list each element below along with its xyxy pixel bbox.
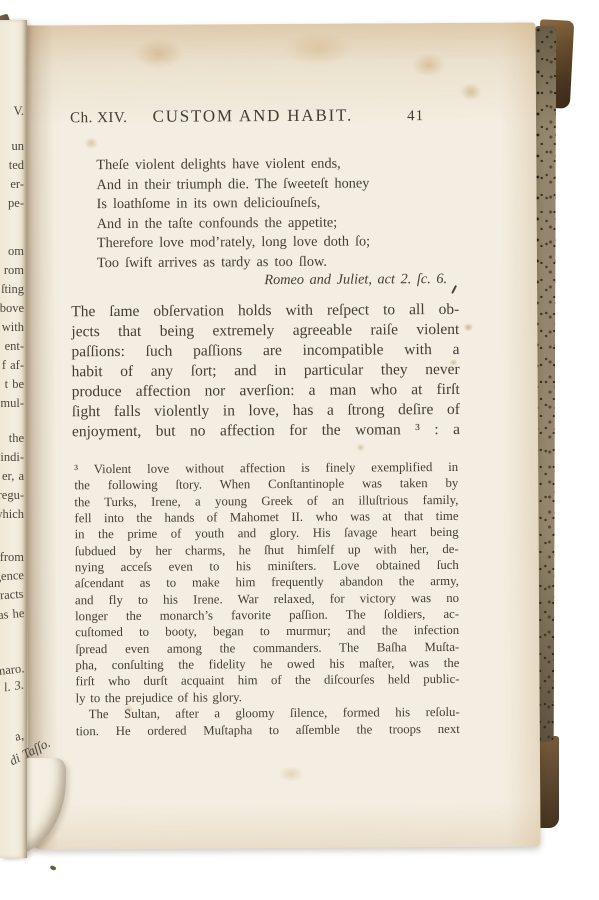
left-page-fragment: regu- <box>0 488 24 503</box>
verse-quotation: Theſe violent delights have violent ends… <box>96 154 453 274</box>
left-page-fragment: om <box>8 244 24 259</box>
left-page-fragment: indi- <box>0 450 24 465</box>
left-page-fragment: as he <box>0 606 25 623</box>
left-page-fragment: t be <box>5 377 24 392</box>
page-title: CUSTOM AND HABIT. <box>152 106 353 127</box>
left-page-fragment: and, l. 3. <box>0 677 25 699</box>
left-page-fragment: a, <box>14 728 26 745</box>
body-line: paſſions: ſuch paſſions are incompatible… <box>71 340 459 362</box>
body-line: habit of any ſort; and in particular the… <box>72 360 460 382</box>
left-page-fragment: mul- <box>0 396 24 411</box>
quote-attribution: Romeo and Juliet, act 2. ſc. 6. <box>71 271 447 290</box>
left-page-fragment: V. <box>13 104 24 119</box>
page-number: 41 <box>407 108 424 125</box>
left-page-fragment: ſting <box>1 282 24 297</box>
foxing-spot <box>463 323 473 332</box>
main-paragraph: The ſame obſervation holds with reſpect … <box>71 300 460 442</box>
left-page-fragment: which <box>0 507 24 522</box>
left-page-fragment: r from <box>0 550 24 565</box>
body-line: The ſame obſervation holds with reſpect … <box>71 300 459 322</box>
left-page-fragment: f af- <box>2 358 24 373</box>
body-line: enjoyment, but no affection for the woma… <box>72 420 460 442</box>
printed-text-block: Ch. XIV. CUSTOM AND HABIT. 41 Theſe viol… <box>69 23 462 849</box>
body-line: ſight falls violently in love, has a ſtr… <box>72 400 460 422</box>
left-page-fragment: un <box>12 139 25 154</box>
quote-line: And in the taſte confounds the appetite; <box>97 213 453 235</box>
left-page-fragment: the <box>9 431 24 446</box>
footnote-line: aſcendant as to make him frequently aban… <box>75 573 459 592</box>
footnote-line: in the prime of youth and glory. His ſav… <box>75 524 459 543</box>
debris-speck <box>49 865 56 871</box>
footnote-line: firſt who durſt acquaint him of the diſc… <box>75 671 459 690</box>
left-page-fragment: bove <box>0 301 24 316</box>
left-page-fragment: ent- <box>5 339 24 354</box>
left-page-fragment: er- <box>10 177 24 192</box>
book-page-recto: Ch. XIV. CUSTOM AND HABIT. 41 Theſe viol… <box>23 22 540 849</box>
footnote-line: cuſtomed to booty, began to murmur; and … <box>75 622 459 641</box>
left-page-fragment: rom <box>4 263 24 278</box>
quote-line: Is loathſome in its own deliciouſneſs, <box>97 193 453 215</box>
left-page-fragment: er, a <box>2 469 24 484</box>
foxing-spot <box>460 83 482 101</box>
left-page-fragment: ulgence <box>0 568 24 585</box>
previous-page-sliver: V. un ted er- pe- om rom ſting bove with… <box>0 20 27 858</box>
left-page-fragment: pe- <box>8 196 24 211</box>
body-line: produce affection nor averſion: a man wh… <box>72 380 460 402</box>
footnote-line: The Sultan, after a gloomy ſilence, form… <box>76 704 460 723</box>
left-page-fragment: ted <box>9 158 24 173</box>
chapter-label: Ch. XIV. <box>70 110 128 127</box>
left-page-fragment: ontracts <box>0 587 24 605</box>
footnote-line: the following ſtory. When Conſtantinople… <box>74 475 458 494</box>
body-line: jects that being extremely agreeable rai… <box>71 320 459 342</box>
quote-line: Therefore love mod’rately, long love dot… <box>97 232 453 254</box>
quote-line: And in their triumph die. The ſweeteſt h… <box>96 174 452 196</box>
left-page-fragment: with <box>2 320 24 335</box>
book-photograph: Ch. XIV. CUSTOM AND HABIT. 41 Theſe viol… <box>0 0 599 900</box>
footnote: ³ Violent love without affection is fine… <box>74 459 460 739</box>
gutter-shadow <box>23 25 58 849</box>
footnote-line: tion. He ordered Muſtapha to aſſemble th… <box>76 720 460 739</box>
running-head: Ch. XIV. CUSTOM AND HABIT. 41 <box>70 105 458 127</box>
quote-line: Theſe violent delights have violent ends… <box>96 154 452 176</box>
